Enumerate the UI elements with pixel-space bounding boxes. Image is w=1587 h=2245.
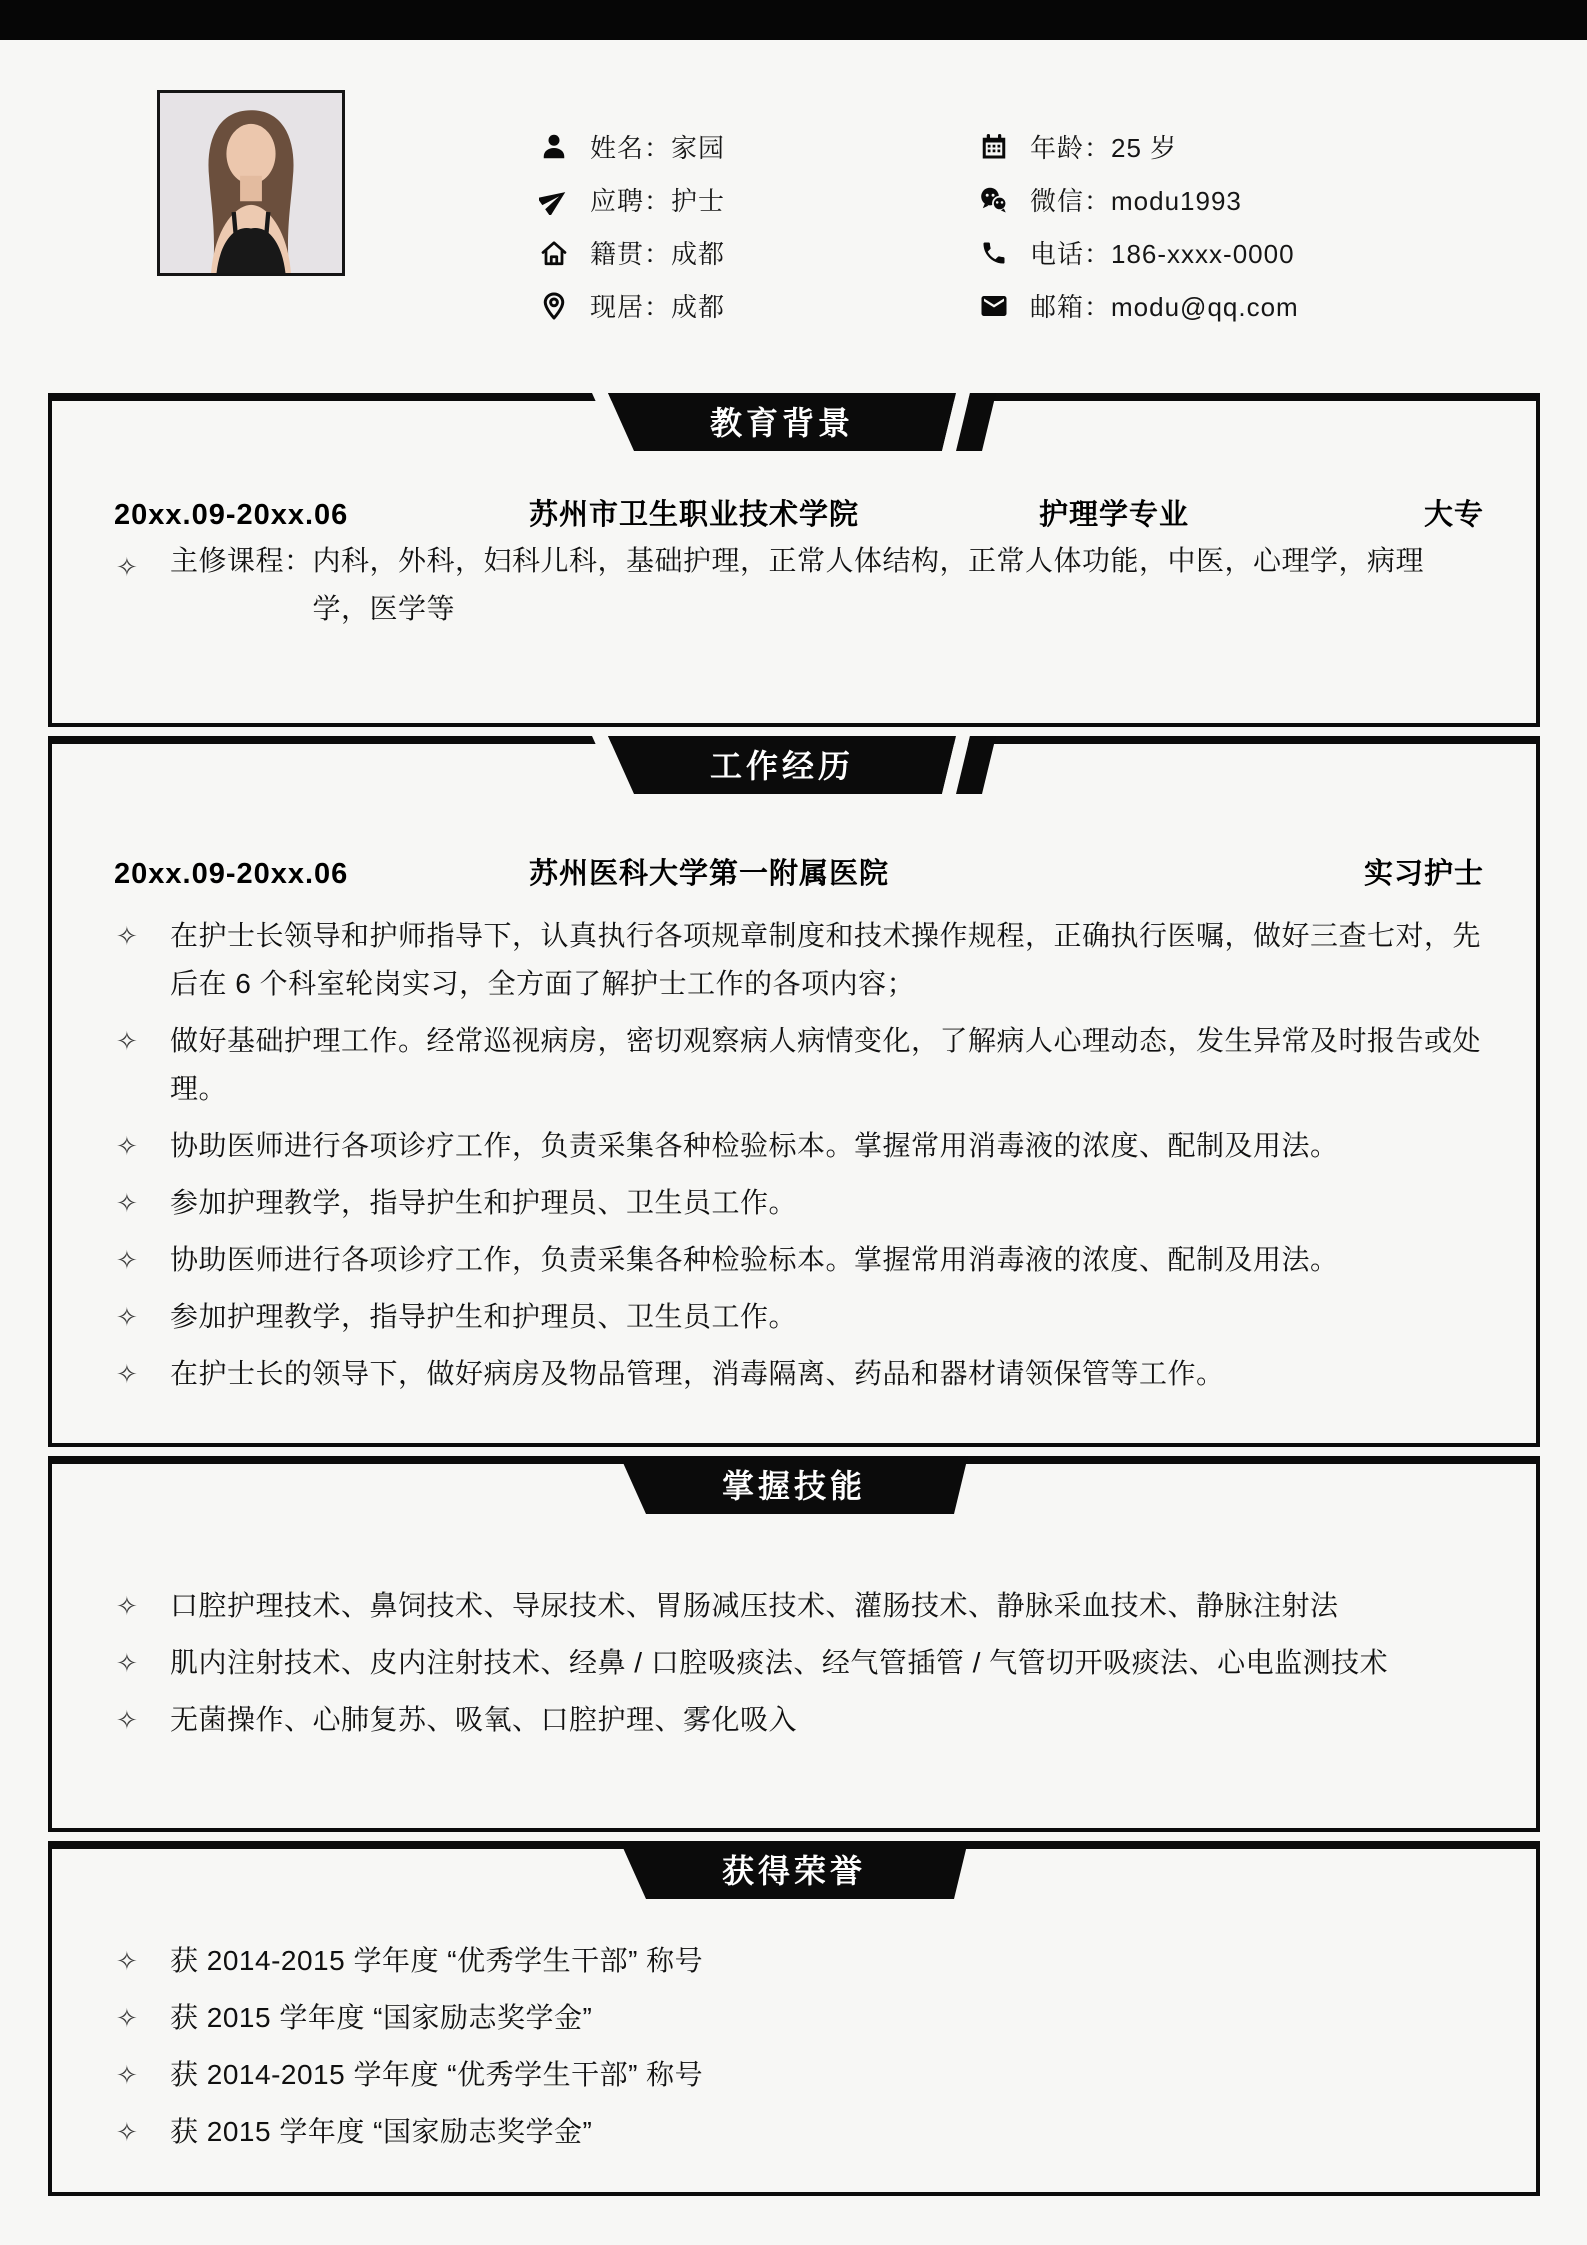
list-item: ✧无菌操作、心肺复苏、吸氧、口腔护理、雾化吸入 xyxy=(114,1696,1484,1744)
contact-column-left: 姓名：家园 应聘：护士 籍贯：成都 现居：成都 xyxy=(538,120,725,332)
section-banner: 教育背景 xyxy=(592,393,996,451)
sparkle-bullet-icon: ✧ xyxy=(114,1582,170,1630)
section-work: 工作经历 20xx.09-20xx.06 苏州医科大学第一附属医院 实习护士 ✧… xyxy=(48,736,1540,1447)
section-skills: 掌握技能 ✧口腔护理技术、鼻饲技术、导尿技术、胃肠减压技术、灌肠技术、静脉采血技… xyxy=(48,1456,1540,1832)
honor-bullet: 获 2014-2015 学年度 “优秀学生干部” 称号 xyxy=(170,2051,1484,2099)
course-label: 主修课程： xyxy=(170,537,313,633)
profile-photo xyxy=(157,90,345,276)
top-accent-bar xyxy=(0,0,1587,40)
sparkle-bullet-icon: ✧ xyxy=(114,1122,170,1170)
field-residence: 现居：成都 xyxy=(538,279,725,332)
work-bullet: 在护士长领导和护师指导下，认真执行各项规章制度和技术操作规程，正确执行医嘱，做好… xyxy=(170,912,1484,1008)
sparkle-bullet-icon: ✧ xyxy=(114,1017,170,1065)
work-company: 苏州医科大学第一附属医院 xyxy=(499,852,1284,896)
work-bullet: 协助医师进行各项诊疗工作，负责采集各种检验标本。掌握常用消毒液的浓度、配制及用法… xyxy=(170,1122,1484,1170)
portrait-illustration xyxy=(160,93,342,273)
home-icon xyxy=(538,237,570,269)
section-title: 教育背景 xyxy=(608,393,956,451)
section-banner: 掌握技能 xyxy=(620,1456,968,1514)
list-item: ✧参加护理教学，指导护生和护理员、卫生员工作。 xyxy=(114,1179,1484,1227)
skill-bullet: 口腔护理技术、鼻饲技术、导尿技术、胃肠减压技术、灌肠技术、静脉采血技术、静脉注射… xyxy=(170,1582,1484,1630)
section-title: 掌握技能 xyxy=(620,1456,968,1514)
field-label-value: 电话：186-xxxx-0000 xyxy=(1030,234,1295,271)
section-banner: 工作经历 xyxy=(592,736,996,794)
paper-plane-icon xyxy=(538,184,570,216)
resume-header: 姓名：家园 应聘：护士 籍贯：成都 现居：成都 年龄：25 岁 xyxy=(0,40,1587,393)
list-item: ✧做好基础护理工作。经常巡视病房，密切观察病人病情变化，了解病人心理动态，发生异… xyxy=(114,1017,1484,1113)
sparkle-bullet-icon: ✧ xyxy=(114,537,170,597)
field-label-value: 微信：modu1993 xyxy=(1030,181,1242,218)
sparkle-bullet-icon: ✧ xyxy=(114,1639,170,1687)
field-label-value: 邮箱：modu@qq.com xyxy=(1030,287,1299,324)
sparkle-bullet-icon: ✧ xyxy=(114,1994,170,2042)
field-age: 年龄：25 岁 xyxy=(978,120,1299,173)
work-role: 实习护士 xyxy=(1284,852,1484,896)
work-period: 20xx.09-20xx.06 xyxy=(114,852,499,896)
work-bullet: 做好基础护理工作。经常巡视病房，密切观察病人病情变化，了解病人心理动态，发生异常… xyxy=(170,1017,1484,1113)
field-label-value: 姓名：家园 xyxy=(590,128,725,165)
section-education: 教育背景 20xx.09-20xx.06 苏州市卫生职业技术学院 护理学专业 大… xyxy=(48,393,1540,727)
skill-bullet: 肌内注射技术、皮内注射技术、经鼻 / 口腔吸痰法、经气管插管 / 气管切开吸痰法… xyxy=(170,1639,1484,1687)
list-item: ✧获 2014-2015 学年度 “优秀学生干部” 称号 xyxy=(114,1937,1484,1985)
work-bullet: 参加护理教学，指导护生和护理员、卫生员工作。 xyxy=(170,1179,1484,1227)
course-text: 主修课程： 内科，外科，妇科儿科，基础护理，正常人体结构，正常人体功能，中医，心… xyxy=(170,537,1484,633)
work-content: 20xx.09-20xx.06 苏州医科大学第一附属医院 实习护士 ✧在护士长领… xyxy=(52,744,1536,1398)
list-item: ✧在护士长的领导下，做好病房及物品管理，消毒隔离、药品和器材请领保管等工作。 xyxy=(114,1350,1484,1398)
section-title: 工作经历 xyxy=(608,736,956,794)
phone-icon xyxy=(978,237,1010,269)
field-label-value: 应聘：护士 xyxy=(590,181,725,218)
education-course-list: ✧ 主修课程： 内科，外科，妇科儿科，基础护理，正常人体结构，正常人体功能，中医… xyxy=(114,537,1484,633)
email-icon xyxy=(978,290,1010,322)
field-position: 应聘：护士 xyxy=(538,173,725,226)
honor-bullet: 获 2014-2015 学年度 “优秀学生干部” 称号 xyxy=(170,1937,1484,1985)
list-item: ✧在护士长领导和护师指导下，认真执行各项规章制度和技术操作规程，正确执行医嘱，做… xyxy=(114,912,1484,1008)
sparkle-bullet-icon: ✧ xyxy=(114,1179,170,1227)
list-item: ✧获 2015 学年度 “国家励志奖学金” xyxy=(114,2108,1484,2156)
work-bullet: 在护士长的领导下，做好病房及物品管理，消毒隔离、药品和器材请领保管等工作。 xyxy=(170,1350,1484,1398)
work-bullet: 参加护理教学，指导护生和护理员、卫生员工作。 xyxy=(170,1293,1484,1341)
field-wechat: 微信：modu1993 xyxy=(978,173,1299,226)
list-item: ✧获 2015 学年度 “国家励志奖学金” xyxy=(114,1994,1484,2042)
sparkle-bullet-icon: ✧ xyxy=(114,1937,170,1985)
field-label-value: 年龄：25 岁 xyxy=(1030,128,1177,165)
field-label-value: 现居：成都 xyxy=(590,287,725,324)
education-degree: 大专 xyxy=(1364,493,1484,537)
list-item: ✧协助医师进行各项诊疗工作，负责采集各种检验标本。掌握常用消毒液的浓度、配制及用… xyxy=(114,1122,1484,1170)
wechat-icon xyxy=(978,184,1010,216)
sparkle-bullet-icon: ✧ xyxy=(114,2051,170,2099)
section-banner: 获得荣誉 xyxy=(620,1841,968,1899)
work-bullet: 协助医师进行各项诊疗工作，负责采集各种检验标本。掌握常用消毒液的浓度、配制及用法… xyxy=(170,1236,1484,1284)
sparkle-bullet-icon: ✧ xyxy=(114,1350,170,1398)
sparkle-bullet-icon: ✧ xyxy=(114,912,170,960)
honor-bullet: 获 2015 学年度 “国家励志奖学金” xyxy=(170,1994,1484,2042)
calendar-icon xyxy=(978,131,1010,163)
field-label-value: 籍贯：成都 xyxy=(590,234,725,271)
resume-page: { "page": { "bg": "#f7f7f5", "bar_color"… xyxy=(0,0,1587,2245)
person-icon xyxy=(538,131,570,163)
section-title: 获得荣誉 xyxy=(620,1841,968,1899)
contact-column-right: 年龄：25 岁 微信：modu1993 电话：186-xxxx-0000 邮箱：… xyxy=(978,120,1299,332)
education-major: 护理学专业 xyxy=(1039,493,1364,537)
field-hometown: 籍贯：成都 xyxy=(538,226,725,279)
field-name: 姓名：家园 xyxy=(538,120,725,173)
sparkle-bullet-icon: ✧ xyxy=(114,1696,170,1744)
work-bullet-list: ✧在护士长领导和护师指导下，认真执行各项规章制度和技术操作规程，正确执行医嘱，做… xyxy=(114,896,1484,1398)
education-period: 20xx.09-20xx.06 xyxy=(114,493,499,537)
sparkle-bullet-icon: ✧ xyxy=(114,1236,170,1284)
list-item: ✧协助医师进行各项诊疗工作，负责采集各种检验标本。掌握常用消毒液的浓度、配制及用… xyxy=(114,1236,1484,1284)
list-item: ✧参加护理教学，指导护生和护理员、卫生员工作。 xyxy=(114,1293,1484,1341)
list-item: ✧口腔护理技术、鼻饲技术、导尿技术、胃肠减压技术、灌肠技术、静脉采血技术、静脉注… xyxy=(114,1582,1484,1630)
location-pin-icon xyxy=(538,290,570,322)
skill-bullet: 无菌操作、心肺复苏、吸氧、口腔护理、雾化吸入 xyxy=(170,1696,1484,1744)
field-email: 邮箱：modu@qq.com xyxy=(978,279,1299,332)
list-item: ✧肌内注射技术、皮内注射技术、经鼻 / 口腔吸痰法、经气管插管 / 气管切开吸痰… xyxy=(114,1639,1484,1687)
list-item: ✧ 主修课程： 内科，外科，妇科儿科，基础护理，正常人体结构，正常人体功能，中医… xyxy=(114,537,1484,633)
list-item: ✧获 2014-2015 学年度 “优秀学生干部” 称号 xyxy=(114,2051,1484,2099)
sparkle-bullet-icon: ✧ xyxy=(114,1293,170,1341)
course-value: 内科，外科，妇科儿科，基础护理，正常人体结构，正常人体功能，中医，心理学，病理学… xyxy=(313,537,1473,633)
section-honors: 获得荣誉 ✧获 2014-2015 学年度 “优秀学生干部” 称号 ✧获 201… xyxy=(48,1841,1540,2196)
education-school: 苏州市卫生职业技术学院 xyxy=(499,493,1039,537)
field-phone: 电话：186-xxxx-0000 xyxy=(978,226,1299,279)
sparkle-bullet-icon: ✧ xyxy=(114,2108,170,2156)
honor-bullet: 获 2015 学年度 “国家励志奖学金” xyxy=(170,2108,1484,2156)
